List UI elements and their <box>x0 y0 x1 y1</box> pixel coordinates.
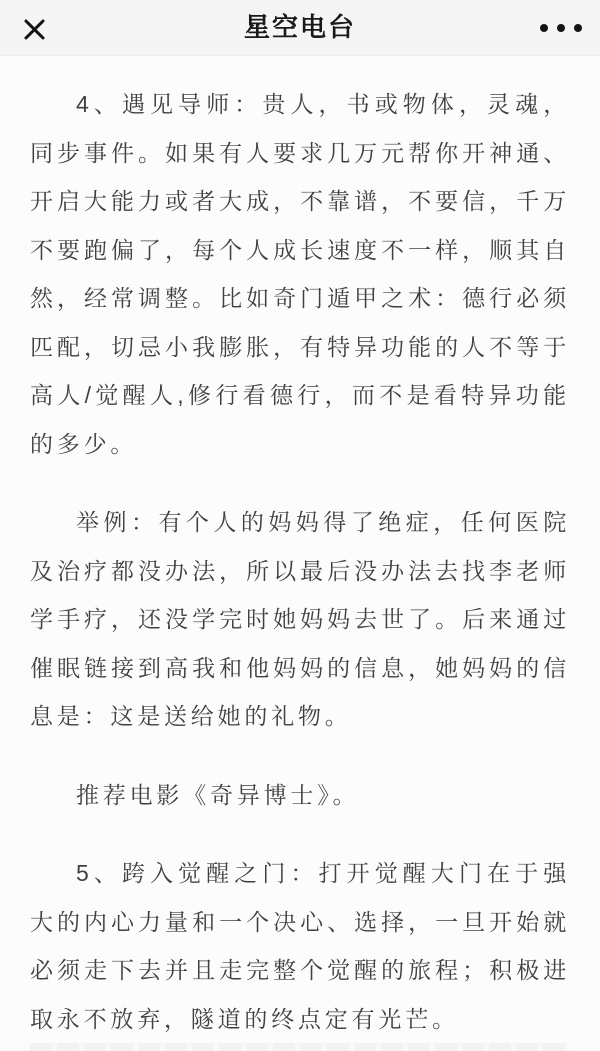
article-paragraph: 4、遇见导师：贵人，书或物体，灵魂，同步事件。如果有人要求几万元帮你开神通、开启… <box>30 80 570 468</box>
article-paragraph: 5、跨入觉醒之门：打开觉醒大门在于强大的内心力量和一个决心、选择，一旦开始就必须… <box>30 849 570 1043</box>
more-menu-icon[interactable] <box>538 8 590 48</box>
ellipsis-dot <box>540 24 548 32</box>
article-content: 4、遇见导师：贵人，书或物体，灵魂，同步事件。如果有人要求几万元帮你开神通、开启… <box>0 56 600 1043</box>
page-title: 星空电台 <box>0 0 600 55</box>
navbar: 星空电台 <box>0 0 600 56</box>
article-paragraph: 举例：有个人的妈妈得了绝症，任何医院及治疗都没办法，所以最后没办法去找李老师学手… <box>30 498 570 741</box>
cutoff-next-text-line <box>30 1043 570 1051</box>
article-screen: 星空电台 4、遇见导师：贵人，书或物体，灵魂，同步事件。如果有人要求几万元帮你开… <box>0 0 600 1051</box>
article-paragraph: 推荐电影《奇异博士》。 <box>30 771 570 820</box>
